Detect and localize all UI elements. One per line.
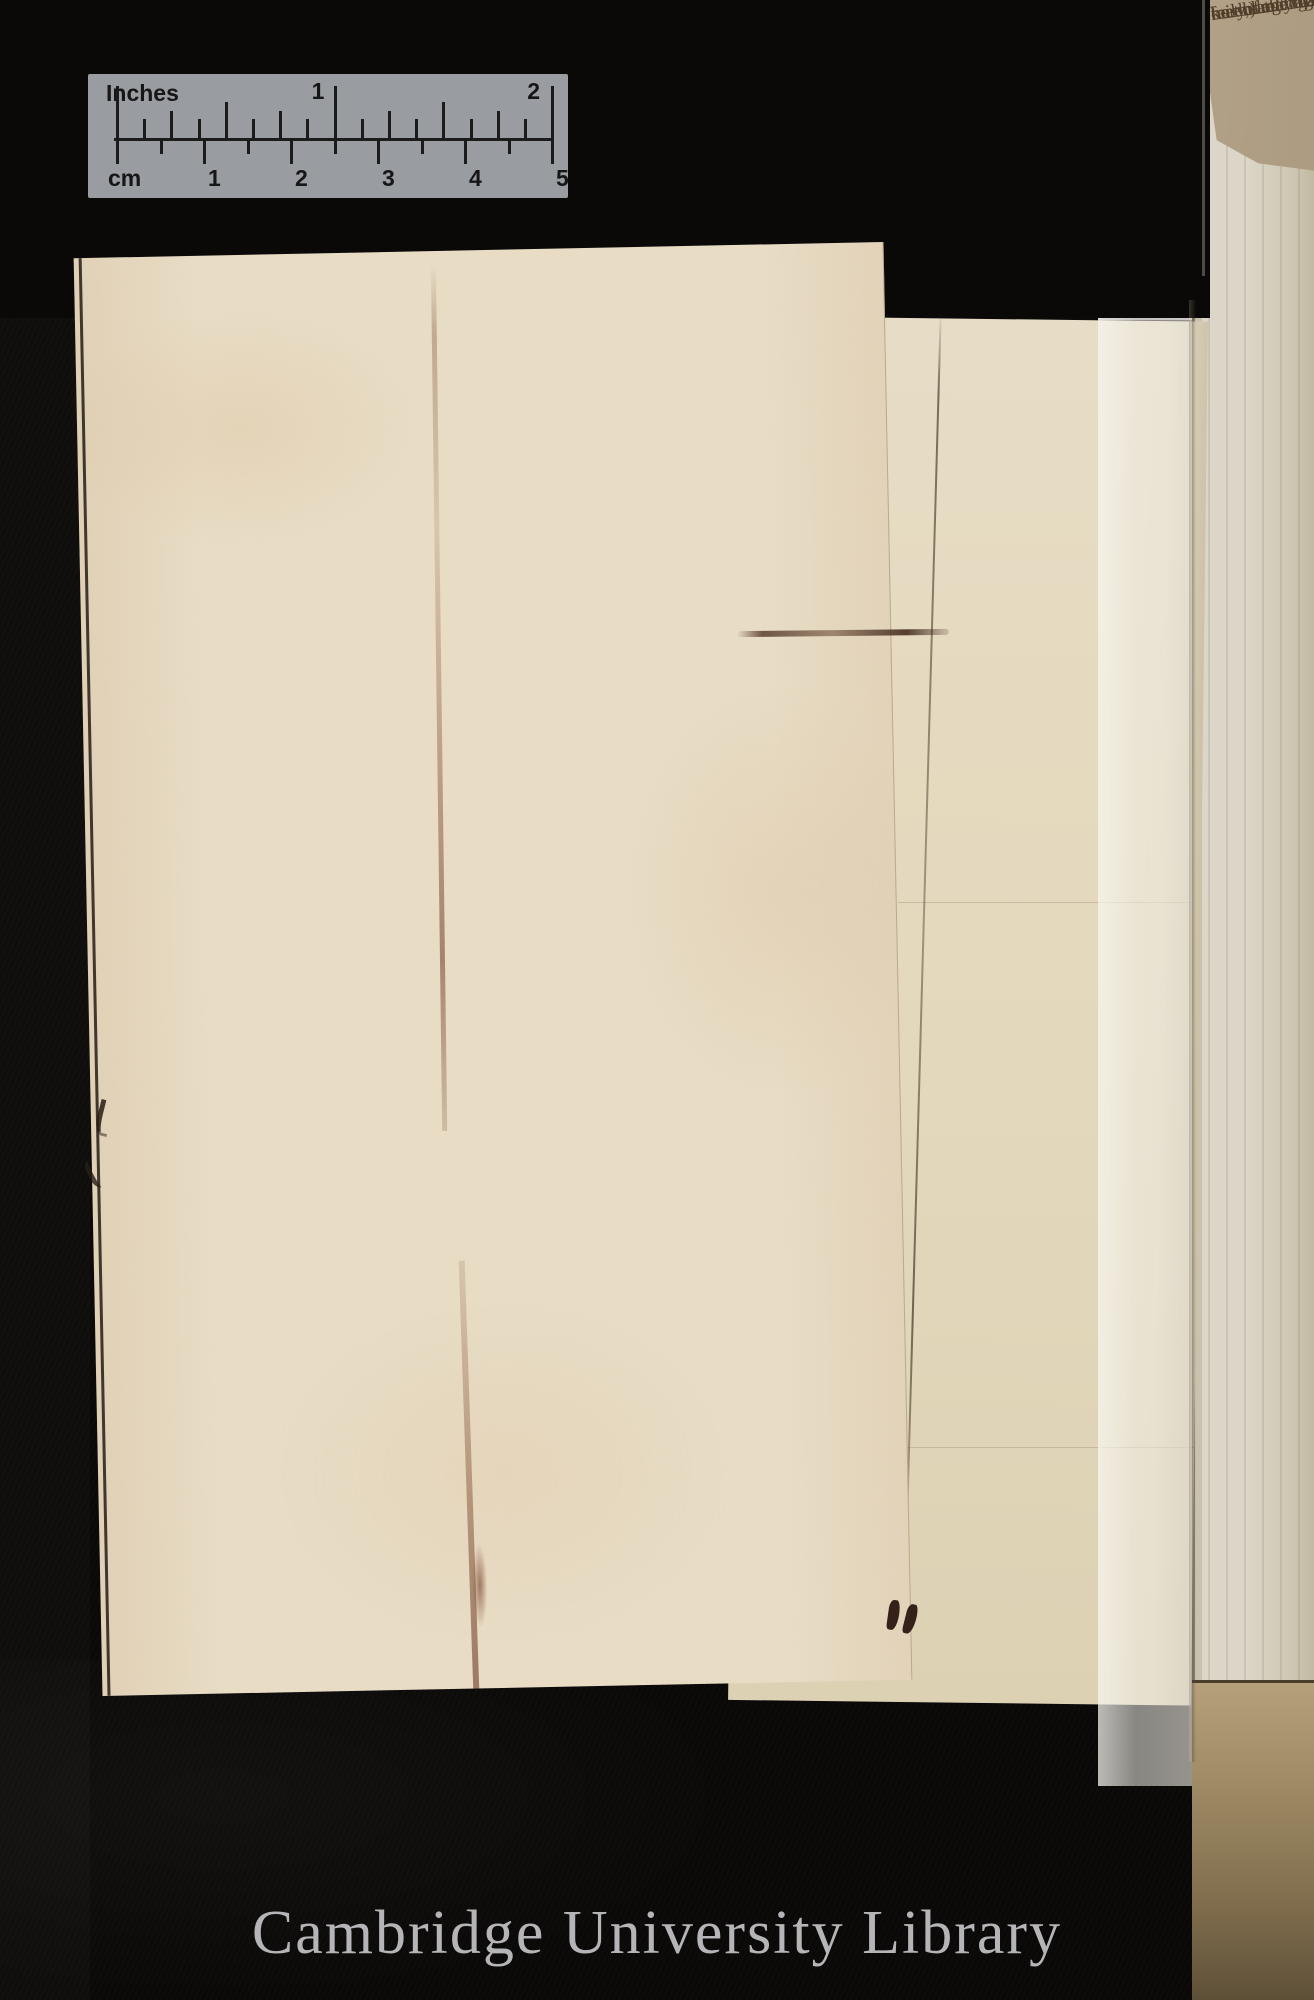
photographic-ruler: Inches cm 1212345 (88, 74, 568, 198)
ruler-cm-number: 3 (382, 166, 395, 190)
photo-canvas: mily,) may gfeet of the male ake enlarge… (0, 0, 1314, 2000)
newspaper-clipping: The male Horn-bugs (Lucanus family,) hav… (74, 242, 913, 1696)
book-page-stack-edge (1192, 0, 1314, 1695)
ruler-tick (160, 138, 163, 154)
ruler-tick (143, 119, 146, 138)
ruler-tick (170, 111, 173, 138)
ruler-cm-number: 4 (469, 166, 482, 190)
ruler-cm-number: 1 (208, 166, 221, 190)
stain-blob (472, 1542, 489, 1628)
stain-streak (459, 1261, 485, 1696)
ruler-inch-number: 2 (527, 79, 540, 103)
ruler-cm-number: 2 (295, 166, 308, 190)
ruler-tick (116, 138, 119, 164)
ruler-tick (334, 86, 337, 138)
ruler-tick (551, 138, 554, 164)
tissue-guard-strip (1098, 318, 1192, 1786)
ruler-tick (361, 119, 364, 138)
ruler-cm-number: 5 (556, 166, 568, 190)
stain-streak (431, 265, 447, 1131)
ruler-tick (279, 111, 282, 138)
ruler-tick (203, 138, 206, 164)
ruler-tick (116, 86, 119, 138)
fragment-text-line: he male Dragon-fl (1209, 0, 1314, 29)
ruler-tick (551, 86, 554, 138)
ruler-tick (415, 119, 418, 138)
ruler-tick (334, 138, 337, 154)
ruler-tick (470, 119, 473, 138)
ruler-inch-number: 1 (312, 79, 325, 103)
ruler-tick (497, 111, 500, 138)
ruler-tick (464, 138, 467, 164)
ruler-tick (421, 138, 424, 154)
ruler-tick (290, 138, 293, 164)
library-watermark: Cambridge University Library (0, 1898, 1314, 1969)
ruler-tick (306, 119, 309, 138)
ruler-tick (442, 102, 445, 138)
ruler-tick (377, 138, 380, 164)
ruler-tick (508, 138, 511, 154)
ruler-tick (388, 111, 391, 138)
ruler-tick (225, 102, 228, 138)
ruler-tick-layer: 1212345 (88, 74, 568, 198)
ruler-tick (252, 119, 255, 138)
ruler-tick (524, 119, 527, 138)
ruler-tick (198, 119, 201, 138)
ruler-tick (247, 138, 250, 154)
